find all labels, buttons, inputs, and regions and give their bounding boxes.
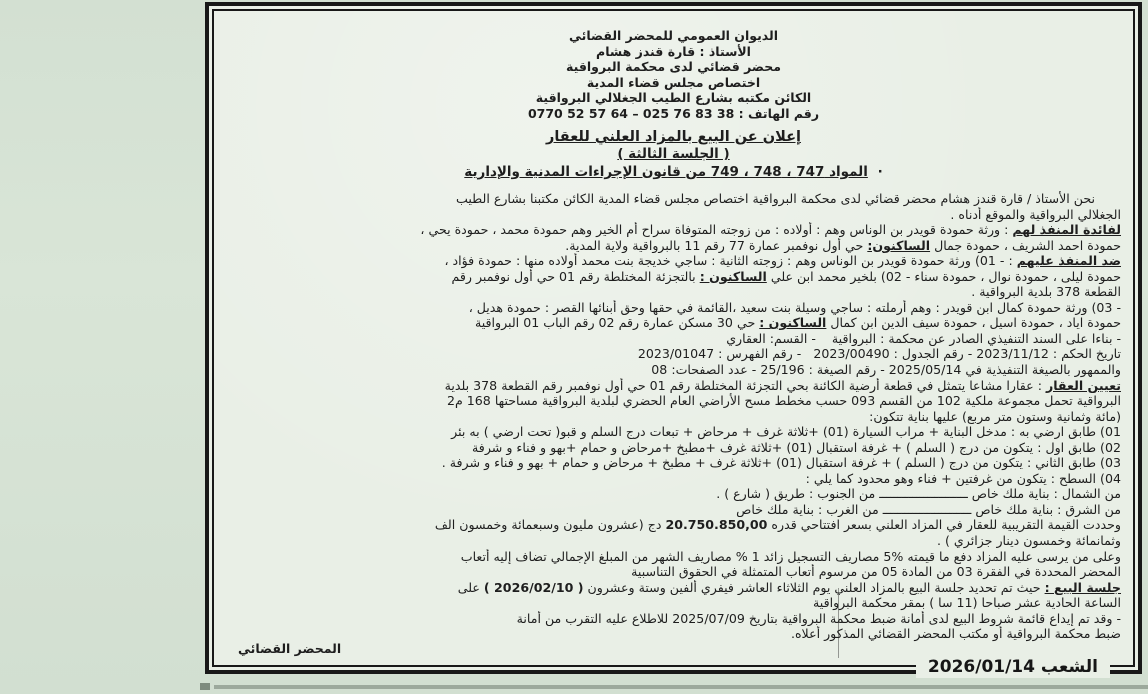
signature-label: المحضر القضائي [226, 641, 1121, 656]
document-line: البرواقية تحمل مجموعة ملكية 102 من القسم… [226, 393, 1121, 409]
scan-artifact-line [214, 685, 1148, 689]
title-articles-bullet: · [873, 164, 883, 180]
header-line: الديوان العمومي للمحضر القضائي [226, 28, 1121, 44]
document-line: جلسة البيع : حيث تم تحديد جلسة البيع بال… [226, 580, 1121, 596]
document-line: وثمانمائة وخمسون دينار جزائري ) . [226, 533, 1121, 549]
document-line: المحضر المحددة في الفقرة 03 من المادة 05… [226, 564, 1121, 580]
phone-number: 0770 52 57 64 – 025 76 83 38 [528, 106, 734, 121]
document-line: من الشمال : بناية ملك خاص ــــــــــــــ… [226, 486, 1121, 502]
document-line: نحن الأستاذ / قارة قندز هشام محضر قضائي … [226, 191, 1121, 207]
document-line: تاريخ الحكم : 2023/11/12 - رقم الجدول : … [226, 346, 1121, 362]
document-line: - 03) ورثة حمودة كمال ابن قويدر : وهم أر… [226, 300, 1121, 316]
document-line: القطعة 378 بلدية البرواقية . [226, 284, 1121, 300]
title-session: ( الجلسة الثالثة ) [226, 146, 1121, 163]
document-body: نحن الأستاذ / قارة قندز هشام محضر قضائي … [226, 191, 1121, 642]
document-line: 04) السطح : يتكون من غرفتين + فناء وهو م… [226, 471, 1121, 487]
phone-label: رقم الهاتف : [739, 106, 819, 121]
header-line: الأستاذ : قارة قندز هشام [226, 44, 1121, 60]
header-line: اختصاص مجلس قضاء المدية [226, 75, 1121, 91]
document-line: 01) طابق ارضي به : مدخل البناية + مراب ا… [226, 424, 1121, 440]
document-line: وحددت القيمة التقريبية للعقار في المزاد … [226, 517, 1121, 533]
document-line: - وقد تم إيداع قائمة شروط البيع لدى أمان… [226, 611, 1121, 627]
document-line: والممهور بالصيغة التنفيذية في 2025/05/14… [226, 362, 1121, 378]
office-header-lines: الديوان العمومي للمحضر القضائيالأستاذ : … [226, 28, 1121, 106]
header-line: الكائن مكتبه بشارع الطيب الجغلالي البروا… [226, 90, 1121, 106]
scan-artifact-mark [200, 683, 210, 690]
phone-line: رقم الهاتف : 0770 52 57 64 – 025 76 83 3… [226, 106, 1121, 122]
auction-notice-document: الديوان العمومي للمحضر القضائيالأستاذ : … [205, 2, 1142, 674]
scanned-page: { "page": { "scan_background": "#d6e2d4"… [0, 0, 1148, 694]
document-frame: الديوان العمومي للمحضر القضائيالأستاذ : … [212, 9, 1135, 667]
title-main: إعلان عن البيع بالمزاد العلني للعقار [226, 128, 1121, 146]
document-line: (مائة وثمانية وستون متر مربع) عليها بناي… [226, 409, 1121, 425]
document-line: - بناءا على السند التنفيذي الصادر عن محك… [226, 331, 1121, 347]
document-line: 03) طابق الثاني : يتكون من درج ( السلم )… [226, 455, 1121, 471]
title-articles: · المواد 747 ، 748 ، 749 من قانون الإجرا… [226, 163, 1121, 181]
document-line: تعيين العقار : عقارا مشاعا يتمثل في قطعة… [226, 378, 1121, 394]
document-line: 02) طابق اول : يتكون من درج ( السلم ) + … [226, 440, 1121, 456]
document-line: الجغلالي البرواقية والموقع أدناه . [226, 207, 1121, 223]
paper-crease [838, 588, 839, 658]
document-line: ضد المنفذ عليهم : - 01) ورثة حمودة قويدر… [226, 253, 1121, 269]
document-line: وعلى من يرسى عليه المزاد دفع ما قيمته %5… [226, 549, 1121, 565]
filing-stamp: الشعب 2026/01/14 [916, 656, 1110, 678]
document-line: حمودة اياد ، حمودة اسيل ، حمودة سيف الدي… [226, 315, 1121, 331]
title-articles-text: المواد 747 ، 748 ، 749 من قانون الإجراءا… [464, 164, 868, 180]
document-line: لفائدة المنفذ لهم : ورثة حمودة قويدر بن … [226, 222, 1121, 238]
document-line: الساعة الحادية عشر صباحا (11 سا ) بمقر م… [226, 595, 1121, 611]
notice-title: إعلان عن البيع بالمزاد العلني للعقار ( ا… [226, 128, 1121, 181]
header-line: محضر قضائي لدى محكمة البرواقية [226, 59, 1121, 75]
document-line: حمودة احمد الشريف ، حمودة جمال الساكنون:… [226, 238, 1121, 254]
document-line: حمودة ليلى ، حمودة نوال ، حمودة سناء - 0… [226, 269, 1121, 285]
office-header: الديوان العمومي للمحضر القضائيالأستاذ : … [226, 28, 1121, 121]
document-line: ضبط محكمة البرواقية أو مكتب المحضر القضا… [226, 626, 1121, 642]
document-line: من الشرق : بناية ملك خاص ـــــــــــــــ… [226, 502, 1121, 518]
